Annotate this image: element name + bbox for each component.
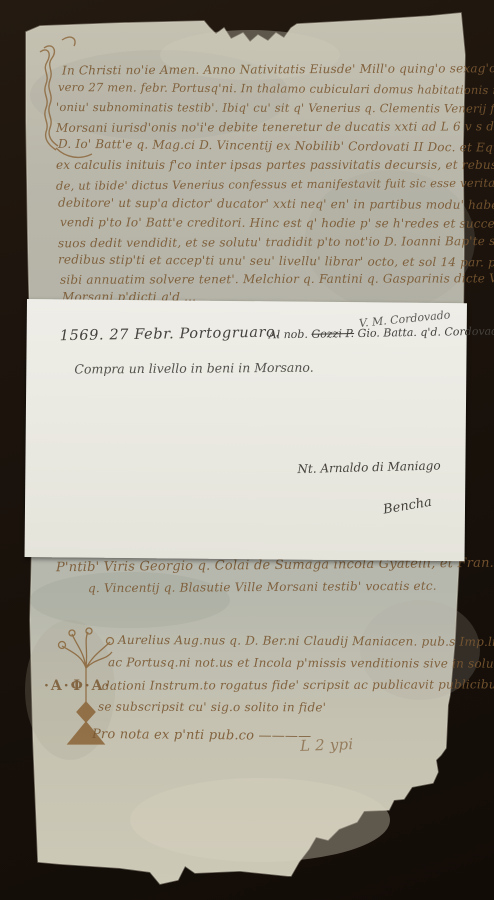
fee-scribble: L 2 ypi <box>300 735 354 755</box>
note-date-line: 1569. 27 Febr. Portogruaro. <box>60 325 281 345</box>
notary-line: Aurelius Aug.nus q. D. Ber.ni Claudij Ma… <box>118 633 494 649</box>
note-recipient-rest: Gio. Batta. q'd. Cordovado <box>357 324 494 339</box>
note-signature: Bencha <box>382 495 433 518</box>
note-recipient: Al nob. Gozzi P. Gio. Batta. q'd. Cordov… <box>269 324 494 341</box>
manuscript-line: de, ut ibide' dictus Venerius confessus … <box>56 175 494 193</box>
notary-line: ac Portusq.ni not.us et Incola p'missis … <box>108 655 494 670</box>
archival-note: V. M. Cordovado 1569. 27 Febr. Portogrua… <box>25 299 467 561</box>
manuscript-line: suos dedit vendidit, et se solutu' tradi… <box>58 234 494 251</box>
notary-line: dationi Instrum.to rogatus fide' scripsi… <box>102 677 494 692</box>
closing-line: Pro nota ex p'nti pub.co ———— <box>92 727 311 744</box>
manuscript-line: ex calculis inituis f'co inter ipsas par… <box>56 158 494 172</box>
manuscript-line: debitore' ut sup'a dictor' ducator' xxti… <box>58 196 494 213</box>
manuscript-line: 'oniu' subnominatis testib'. Ibiq' cu' s… <box>56 100 494 116</box>
notary-line: se subscripsit cu' sig.o solito in fide' <box>98 700 326 715</box>
manuscript-line: sibi annuatim solvere tenet'. Melchior q… <box>60 271 494 287</box>
manuscript-photo: ·A·Φ·A· In Christi no'ie Amen. Anno Nati… <box>0 0 494 900</box>
manuscript-line: In Christi no'ie Amen. Anno Nativitatis … <box>62 61 494 78</box>
note-recipient-prefix: Al nob. <box>269 328 308 342</box>
note-struck-text: Gozzi P. <box>311 327 354 341</box>
note-notary-line: Nt. Arnaldo di Maniago <box>297 458 441 476</box>
manuscript-line: Morsani iurisd'onis no'i'e debite tenere… <box>56 119 494 135</box>
witness-line: q. Vincentij q. Blasutie Ville Morsani t… <box>88 579 437 595</box>
manuscript-line: vendi p'to Io' Batt'e creditori. Hinc es… <box>60 215 494 231</box>
note-subject-line: Compra un livello in beni in Morsano. <box>74 360 313 377</box>
